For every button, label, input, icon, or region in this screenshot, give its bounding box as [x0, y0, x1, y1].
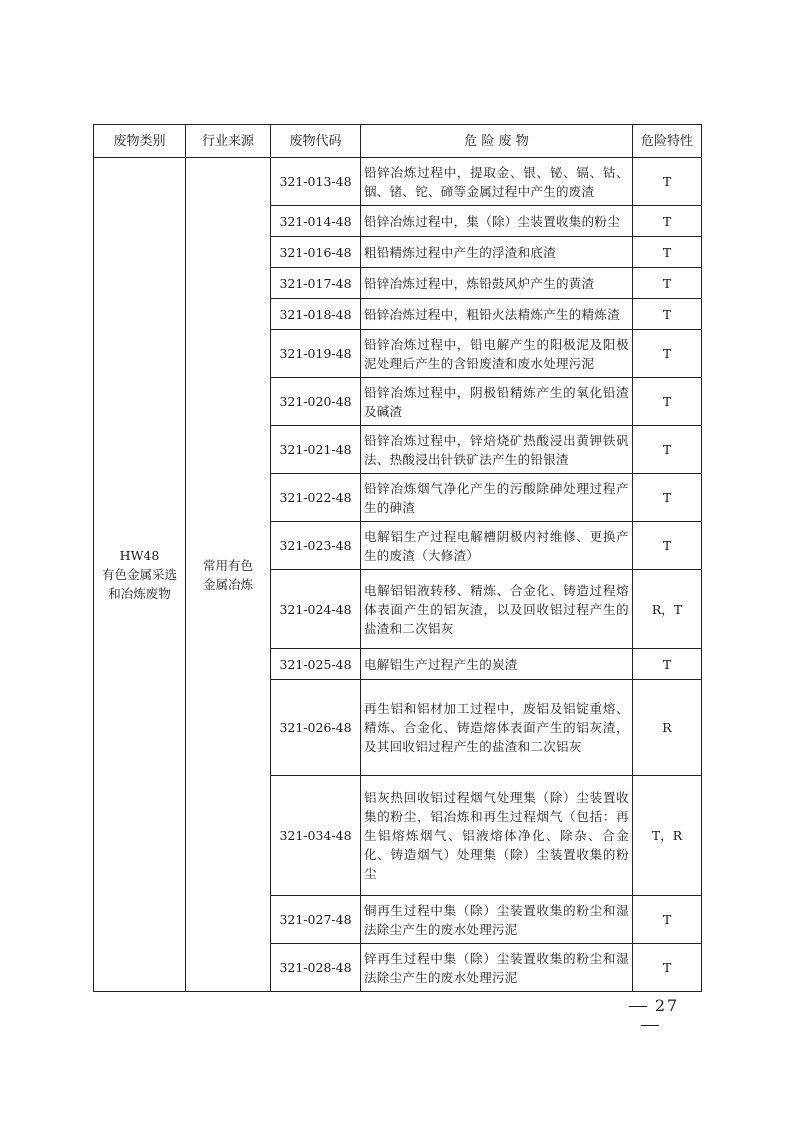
dash-right — [641, 1025, 659, 1026]
hazard-property: T — [633, 649, 702, 680]
waste-description: 锌再生过程中集（除）尘装置收集的粉尘和湿法除尘产生的废水处理污泥 — [361, 944, 633, 992]
waste-description: 铅锌冶炼过程中，炼铅鼓风炉产生的黄渣 — [361, 268, 633, 299]
industry-source: 常用有色金属冶炼 — [186, 556, 270, 594]
header-hazardous-waste: 危 险 废 物 — [361, 125, 633, 158]
header-waste-category: 废物类别 — [94, 125, 186, 158]
header-industry-source: 行业来源 — [186, 125, 271, 158]
waste-code: 321-017-48 — [271, 268, 361, 299]
hazard-property: T — [633, 330, 702, 378]
waste-description: 铅锌冶炼过程中，集（除）尘装置收集的粉尘 — [361, 206, 633, 237]
hazard-property: T — [633, 944, 702, 992]
header-waste-code: 废物代码 — [271, 125, 361, 158]
industry-source-cell: 常用有色金属冶炼 — [186, 158, 271, 992]
hazard-property: T — [633, 206, 702, 237]
waste-description: 铜再生过程中集（除）尘装置收集的粉尘和湿法除尘产生的废水处理污泥 — [361, 896, 633, 944]
hazard-property: R，T — [633, 570, 702, 649]
waste-description: 铅锌冶炼烟气净化产生的污酸除砷处理过程产生的砷渣 — [361, 474, 633, 522]
hazard-property: R — [633, 680, 702, 776]
hazard-property: T — [633, 299, 702, 330]
waste-code: 321-026-48 — [271, 680, 361, 776]
hazard-property: T — [633, 378, 702, 426]
category-code: HW48 — [94, 546, 185, 565]
waste-code: 321-022-48 — [271, 474, 361, 522]
waste-description: 电解铝铝液转移、精炼、合金化、铸造过程熔体表面产生的铝灰渣，以及回收铝过程产生的… — [361, 570, 633, 649]
dash-left — [629, 1006, 647, 1007]
waste-code: 321-016-48 — [271, 237, 361, 268]
hazard-property: T — [633, 426, 702, 474]
waste-description: 铅锌冶炼过程中，铅电解产生的阳极泥及阳极泥处理后产生的含铅废渣和废水处理污泥 — [361, 330, 633, 378]
waste-code: 321-028-48 — [271, 944, 361, 992]
table-row: HW48有色金属采选和冶炼废物常用有色金属冶炼321-013-48铅锌冶炼过程中… — [94, 158, 702, 206]
waste-code: 321-025-48 — [271, 649, 361, 680]
category-name: 有色金属采选和冶炼废物 — [94, 565, 185, 603]
waste-code: 321-020-48 — [271, 378, 361, 426]
waste-description: 电解铝生产过程电解槽阴极内衬维修、更换产生的废渣（大修渣） — [361, 522, 633, 570]
waste-description: 粗铅精炼过程中产生的浮渣和底渣 — [361, 237, 633, 268]
header-hazard-property: 危险特性 — [633, 125, 702, 158]
waste-code: 321-013-48 — [271, 158, 361, 206]
waste-description: 铅锌冶炼过程中，锌焙烧矿热酸浸出黄钾铁矾法、热酸浸出针铁矿法产生的铅银渣 — [361, 426, 633, 474]
waste-description: 铅锌冶炼过程中，粗铅火法精炼产生的精炼渣 — [361, 299, 633, 330]
table-header-row: 废物类别 行业来源 废物代码 危 险 废 物 危险特性 — [94, 125, 702, 158]
hazard-property: T — [633, 268, 702, 299]
hazard-property: T — [633, 237, 702, 268]
waste-code: 321-034-48 — [271, 776, 361, 896]
hazard-property: T — [633, 158, 702, 206]
hazard-property: T — [633, 522, 702, 570]
waste-code: 321-014-48 — [271, 206, 361, 237]
waste-description: 再生铝和铝材加工过程中，废铝及铝锭重熔、精炼、合金化、铸造熔体表面产生的铝灰渣，… — [361, 680, 633, 776]
hazardous-waste-table: 废物类别 行业来源 废物代码 危 险 废 物 危险特性 HW48有色金属采选和冶… — [93, 124, 702, 992]
waste-code: 321-019-48 — [271, 330, 361, 378]
waste-description: 铅锌冶炼过程中，提取金、银、铋、镉、钴、铟、锗、铊、碲等金属过程中产生的废渣 — [361, 158, 633, 206]
waste-code: 321-027-48 — [271, 896, 361, 944]
page-number: 27 — [605, 996, 695, 1034]
waste-description: 铝灰热回收铝过程烟气处理集（除）尘装置收集的粉尘，铝冶炼和再生过程烟气（包括：再… — [361, 776, 633, 896]
waste-code: 321-018-48 — [271, 299, 361, 330]
waste-description: 电解铝生产过程产生的炭渣 — [361, 649, 633, 680]
waste-category-cell: HW48有色金属采选和冶炼废物 — [94, 158, 186, 992]
waste-code: 321-023-48 — [271, 522, 361, 570]
hazard-property: T — [633, 474, 702, 522]
waste-description: 铅锌冶炼过程中，阴极铅精炼产生的氧化铅渣及碱渣 — [361, 378, 633, 426]
hazard-property: T，R — [633, 776, 702, 896]
waste-code: 321-024-48 — [271, 570, 361, 649]
hazard-property: T — [633, 896, 702, 944]
waste-code: 321-021-48 — [271, 426, 361, 474]
